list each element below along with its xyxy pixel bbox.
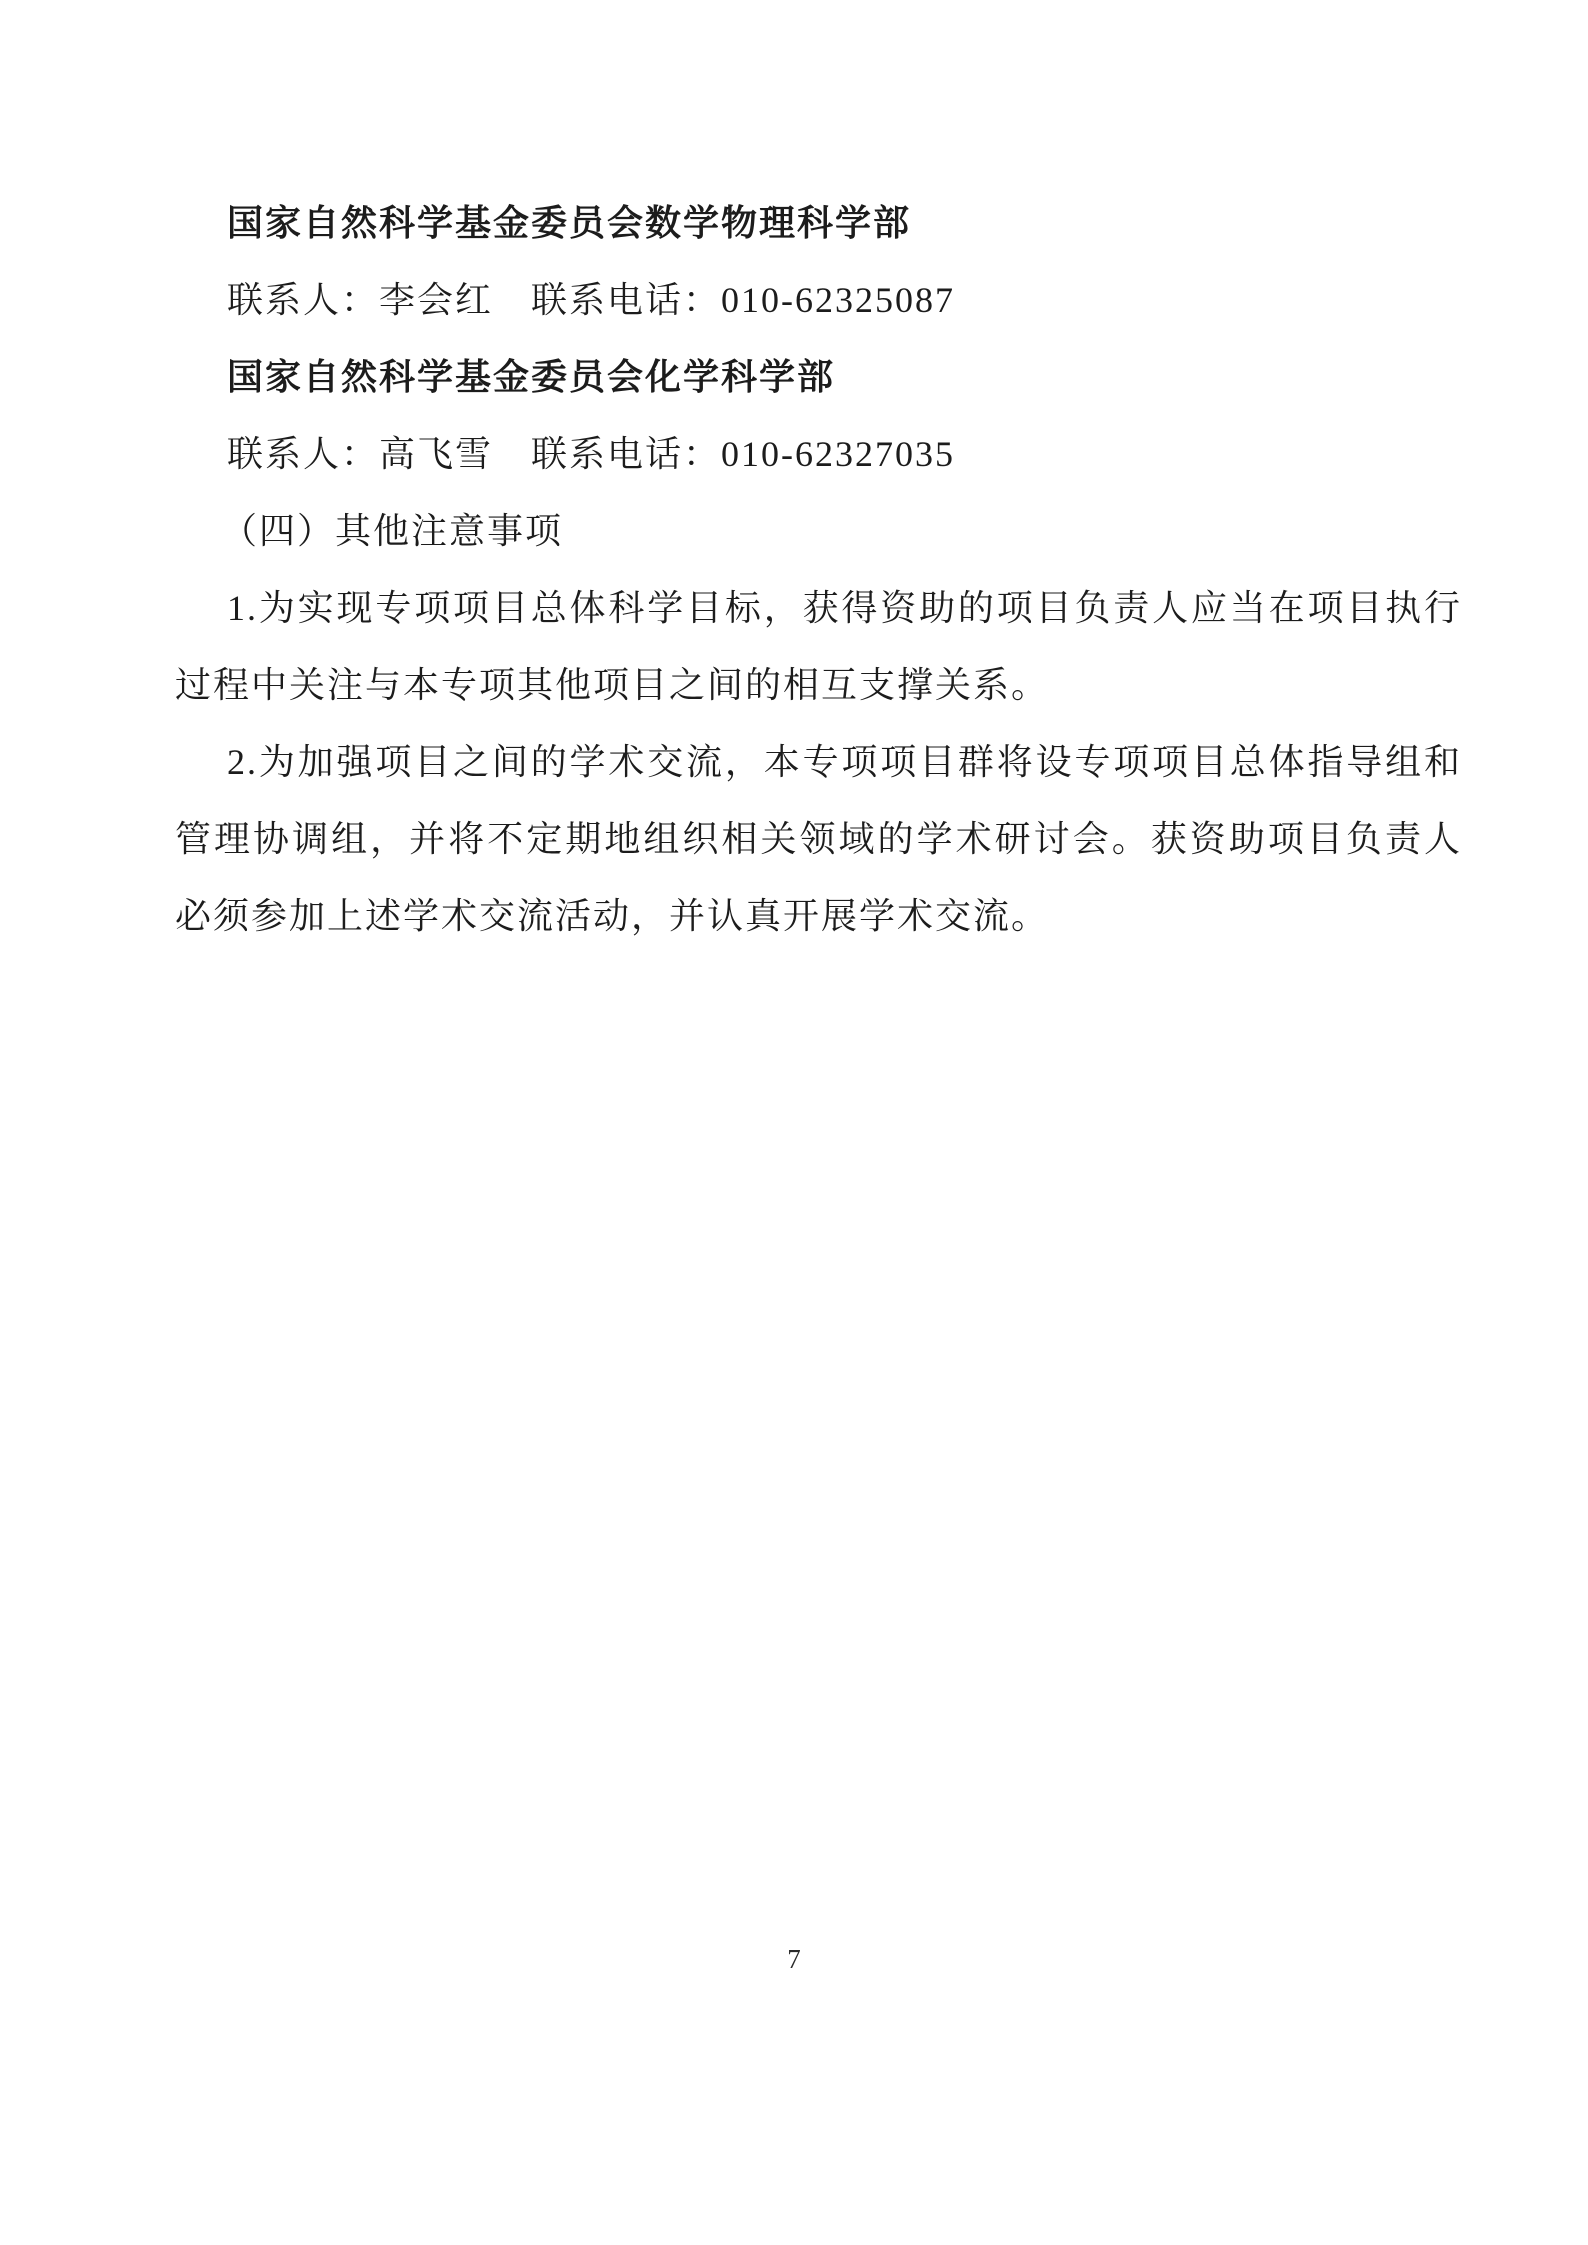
section-heading: （四）其他注意事项: [175, 493, 1462, 570]
department-name-1: 国家自然科学基金委员会数学物理科学部: [175, 185, 1462, 262]
document-page: 国家自然科学基金委员会数学物理科学部 联系人：李会红 联系电话：010-6232…: [0, 0, 1588, 2245]
contact-line-1: 联系人：李会红 联系电话：010-62325087: [175, 262, 1462, 339]
contact-line-2: 联系人：高飞雪 联系电话：010-62327035: [175, 416, 1462, 493]
document-content: 国家自然科学基金委员会数学物理科学部 联系人：李会红 联系电话：010-6232…: [175, 185, 1462, 955]
department-name-2: 国家自然科学基金委员会化学科学部: [175, 339, 1462, 416]
page-number: 7: [0, 1942, 1588, 1976]
paragraph-2: 2.为加强项目之间的学术交流，本专项项目群将设专项项目总体指导组和管理协调组，并…: [175, 724, 1462, 955]
paragraph-1: 1.为实现专项项目总体科学目标，获得资助的项目负责人应当在项目执行过程中关注与本…: [175, 570, 1462, 724]
